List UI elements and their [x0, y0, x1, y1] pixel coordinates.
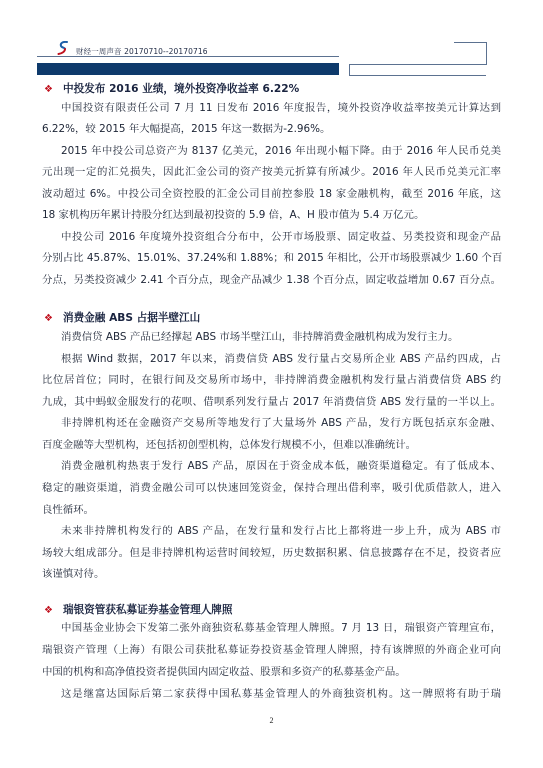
section-heading: ❖瑞银资管获私募证券基金管理人牌照 — [44, 602, 233, 617]
paragraph-line: 18 家机构历年累计持股分红达到最初投资的 5.9 倍，A、H 股市值为 5.4… — [42, 208, 501, 222]
section-heading-text: 消费金融 ABS 占据半壁江山 — [63, 312, 200, 324]
red-diamond-bullet-icon: ❖ — [44, 313, 55, 324]
paragraph-line: 场较大组成部分。但是非持牌机构运营时间较短，历史数据积累、信息披露存在不足，投资… — [42, 546, 501, 560]
paragraph-line: 消费信贷 ABS 产品已经撑起 ABS 市场半壁江山，非持牌消费金融机构成为发行… — [61, 330, 501, 344]
section-heading-text: 瑞银资管获私募证券基金管理人牌照 — [63, 604, 233, 616]
page-number: 2 — [0, 716, 543, 725]
paragraph-line: 消费金融机构热衷于发行 ABS 产品，原因在于资金成本低，融资渠道稳定。有了低成… — [61, 459, 501, 473]
header-bracket-decoration-lower — [349, 64, 486, 76]
header-bracket-decoration — [454, 42, 487, 65]
paragraph-line: 稳定的融资渠道，消费金融公司可以快速回笼资金，保持合理出借利率，吸引优质借款人，… — [42, 481, 501, 495]
section-heading: ❖中投发布 2016 业绩，境外投资净收益率 6.22% — [44, 81, 299, 96]
paragraph-line: 非持牌机构还在金融资产交易所等地发行了大量场外 ABS 产品，发行方既包括京东金… — [61, 416, 501, 430]
paragraph-line: 比位居首位；同时，在银行间及交易所市场中，非持牌消费金融机构发行量占消费信贷 A… — [42, 373, 501, 387]
page-header: 财经一周声音 20170710--20170716 — [0, 0, 543, 80]
section-heading-text: 中投发布 2016 业绩，境外投资净收益率 6.22% — [63, 83, 299, 95]
paragraph-line: 百度金融等大型机构，还包括初创型机构，总体发行规模不小，但难以准确统计。 — [42, 438, 501, 452]
header-rule — [37, 56, 339, 57]
paragraph-line: 中国的机构和高净值投资者提供国内固定收益、股票和多资产的私募基金产品。 — [42, 665, 501, 679]
paragraph-line: 中国基金业协会下发第二张外商独资私募基金管理人牌照。7 月 13 日，瑞银资产管… — [61, 621, 501, 635]
paragraph-line: 未来非持牌机构发行的 ABS 产品，在发行量和发行占比上都将进一步上升，成为 A… — [61, 524, 501, 538]
paragraph-line: 根据 Wind 数据，2017 年以来，消费信贷 ABS 发行量占交易所企业 A… — [61, 352, 501, 366]
section-heading: ❖消费金融 ABS 占据半壁江山 — [44, 310, 200, 325]
header-bar — [37, 63, 339, 75]
paragraph-line: 瑞银资产管理（上海）有限公司获批私募证券投资基金管理人牌照，持有该牌照的外商企业… — [42, 643, 501, 657]
paragraph-line: 这是继富达国际后第二家获得中国私募基金管理人的外商独资机构。这一牌照将有助于瑞 — [61, 687, 501, 701]
paragraph-line: 该谨慎对待。 — [42, 567, 501, 581]
paragraph-line: 分点，另类投资减少 2.41 个百分点，现金产品减少 1.38 个百分点，固定收… — [42, 273, 501, 287]
paragraph-line: 良性循环。 — [42, 503, 501, 517]
paragraph-line: 元出现一定的汇兑损失，因此汇金公司的资产按美元折算有所减少。2016 年人民币兑… — [42, 165, 501, 179]
paragraph-line: 波动超过 6%。中投公司全资控股的汇金公司目前控参股 18 家金融机构，截至 2… — [42, 187, 501, 201]
logo-icon — [57, 41, 69, 55]
paragraph-line: 6.22%，较 2015 年大幅提高，2015 年这一数据为-2.96%。 — [42, 122, 501, 136]
paragraph-line: 中投公司 2016 年度境外投资组合分布中，公开市场股票、固定收益、另类投资和现… — [61, 230, 501, 244]
paragraph-line: 中国投资有限责任公司 7 月 11 日发布 2016 年度报告，境外投资净收益率… — [61, 101, 501, 115]
paragraph-line: 分别占比 45.87%、15.01%、37.24%和 1.88%；和 2015 … — [42, 251, 501, 265]
paragraph-line: 2015 年中投公司总资产为 8137 亿美元，2016 年出现小幅下降。由于 … — [61, 144, 501, 158]
paragraph-line: 九成，其中蚂蚁金服发行的花呗、借呗系列发行量占 2017 年消费信贷 ABS 发… — [42, 395, 501, 409]
red-diamond-bullet-icon: ❖ — [44, 605, 55, 616]
red-diamond-bullet-icon: ❖ — [44, 84, 55, 95]
